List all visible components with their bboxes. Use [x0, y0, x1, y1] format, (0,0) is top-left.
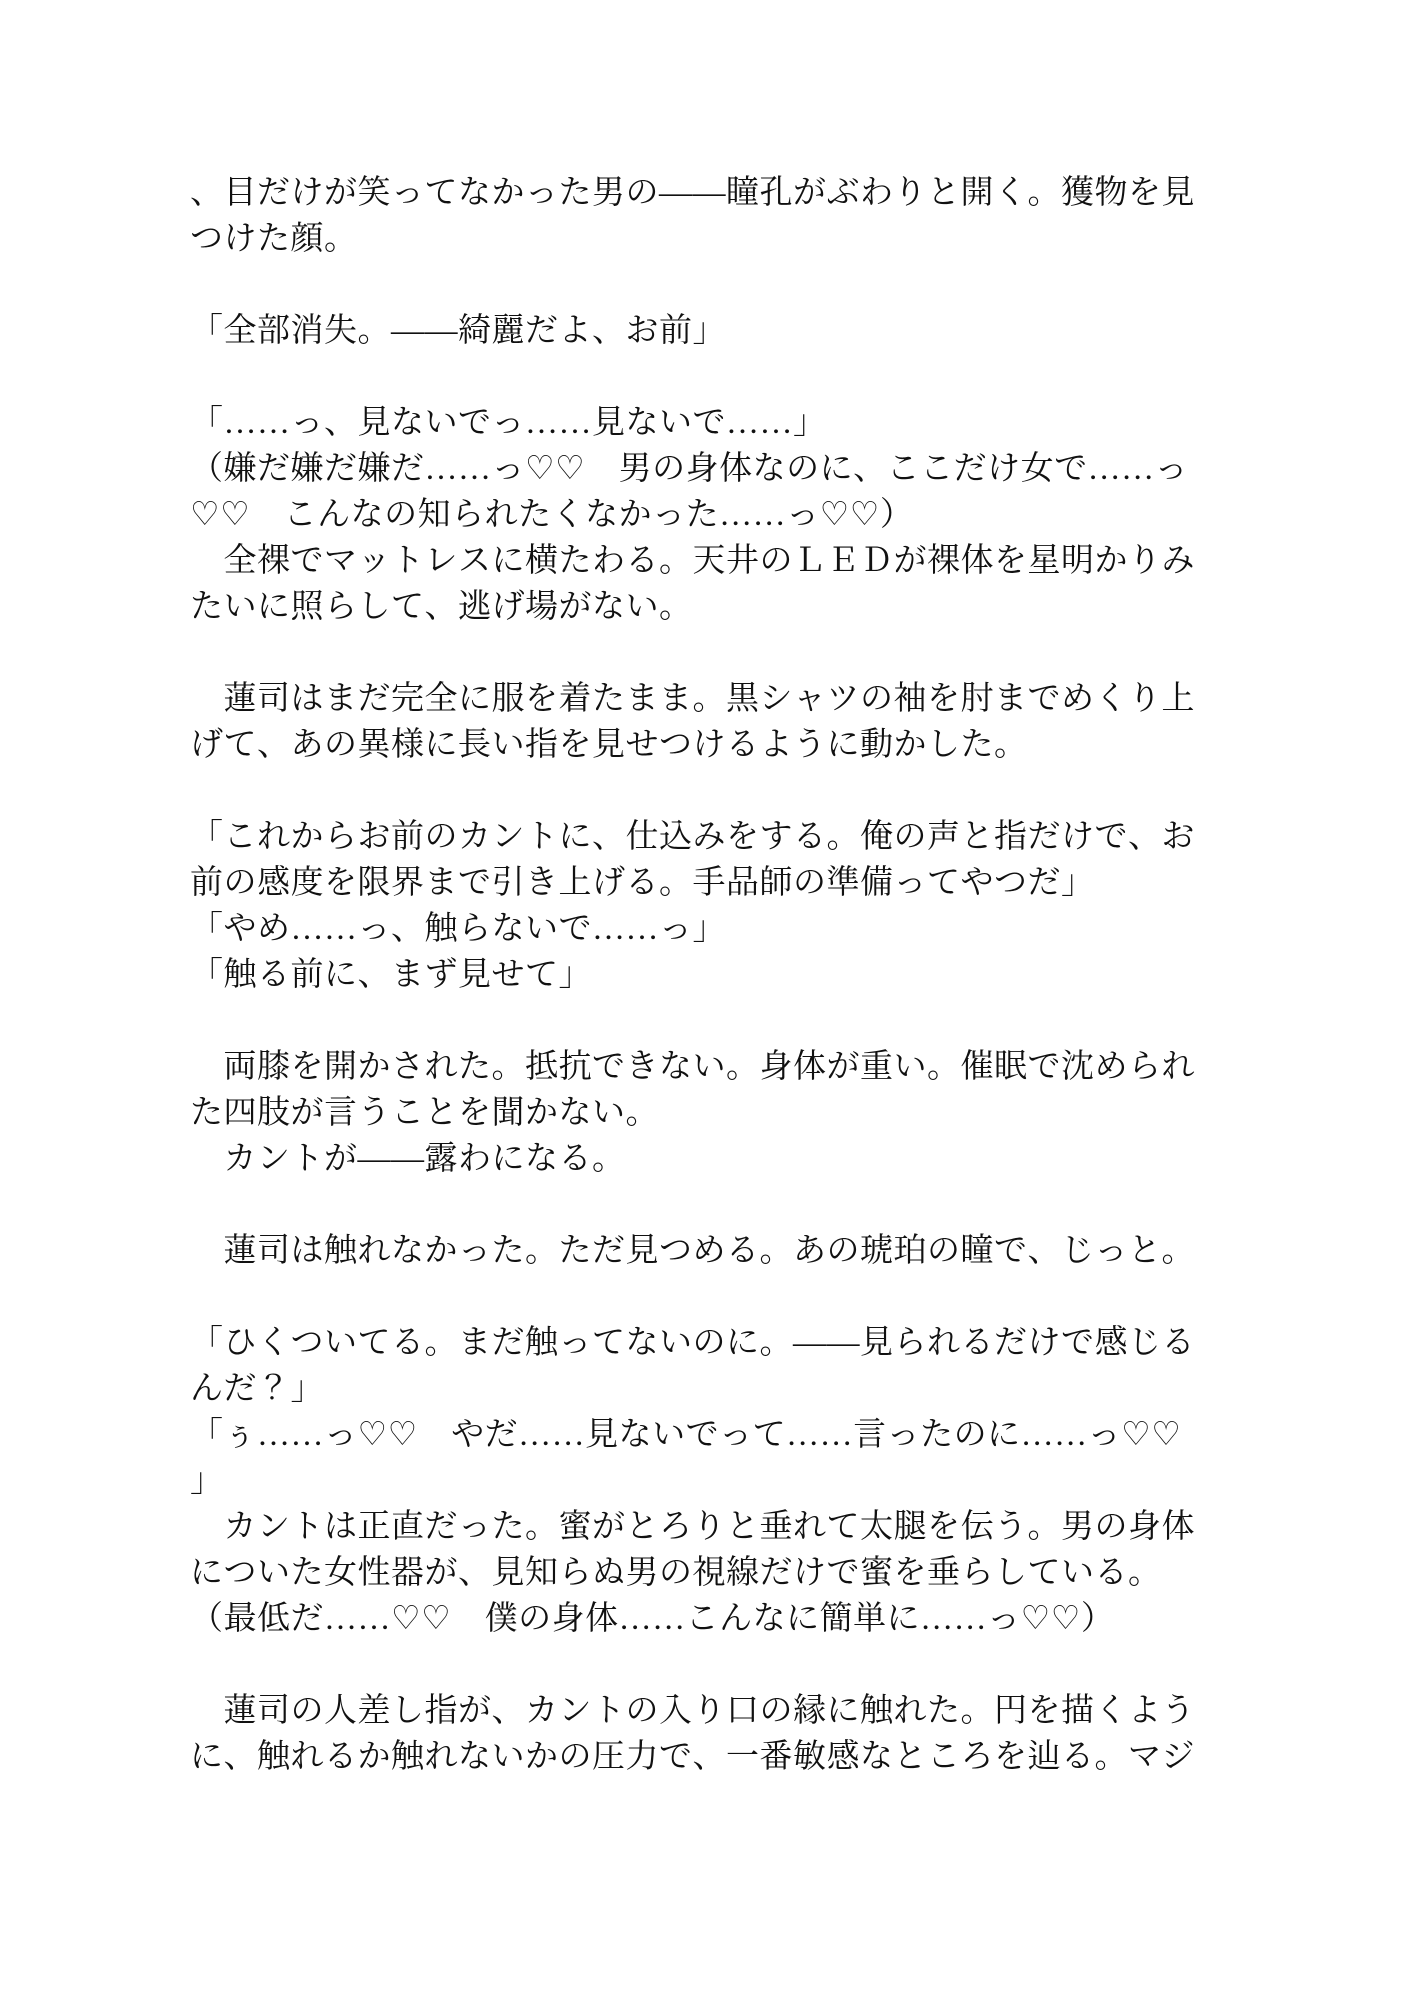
- text-line: についた女性器が、見知らぬ男の視線だけで蜜を垂らしている。: [190, 1550, 1190, 1596]
- text-line: 前の感度を限界まで引き上げる。手品師の準備ってやつだ」: [190, 860, 1190, 906]
- body-text: 、目だけが笑ってなかった男の——瞳孔がぶわりと開く。獲物を見つけた顔。「全部消失…: [190, 170, 1190, 1780]
- document-page: 、目だけが笑ってなかった男の——瞳孔がぶわりと開く。獲物を見つけた顔。「全部消失…: [0, 0, 1415, 2000]
- text-line: 「ひくついてる。まだ触ってないのに。——見られるだけで感じる: [190, 1320, 1190, 1366]
- text-line: 両膝を開かされた。抵抗できない。身体が重い。催眠で沈められ: [190, 1044, 1190, 1090]
- text-line: 全裸でマットレスに横たわる。天井のＬＥＤが裸体を星明かりみ: [190, 538, 1190, 584]
- text-line: たいに照らして、逃げ場がない。: [190, 584, 1190, 630]
- text-line: 、目だけが笑ってなかった男の——瞳孔がぶわりと開く。獲物を見: [190, 170, 1190, 216]
- text-line: 蓮司はまだ完全に服を着たまま。黒シャツの袖を肘までめくり上: [190, 676, 1190, 722]
- text-line: 「触る前に、まず見せて」: [190, 952, 1190, 998]
- text-line: 」: [190, 1458, 1190, 1504]
- text-line: 「全部消失。——綺麗だよ、お前」: [190, 308, 1190, 354]
- text-line: つけた顔。: [190, 216, 1190, 262]
- text-line: 蓮司は触れなかった。ただ見つめる。あの琥珀の瞳で、じっと。: [190, 1228, 1190, 1274]
- text-line: 「……っ、見ないでっ……見ないで……」: [190, 400, 1190, 446]
- text-line: [190, 1642, 1190, 1688]
- text-line: に、触れるか触れないかの圧力で、一番敏感なところを辿る。マジ: [190, 1734, 1190, 1780]
- text-line: （最低だ……♡♡ 僕の身体……こんなに簡単に……っ♡♡）: [190, 1596, 1190, 1642]
- text-line: [190, 262, 1190, 308]
- text-line: 「ぅ……っ♡♡ やだ……見ないでって……言ったのに……っ♡♡: [190, 1412, 1190, 1458]
- text-line: （嫌だ嫌だ嫌だ……っ♡♡ 男の身体なのに、ここだけ女で……っ: [190, 446, 1190, 492]
- text-line: た四肢が言うことを聞かない。: [190, 1090, 1190, 1136]
- text-line: んだ？」: [190, 1366, 1190, 1412]
- text-line: [190, 630, 1190, 676]
- text-line: [190, 354, 1190, 400]
- text-line: 「やめ……っ、触らないで……っ」: [190, 906, 1190, 952]
- text-line: [190, 1274, 1190, 1320]
- text-line: ♡♡ こんなの知られたくなかった……っ♡♡）: [190, 492, 1190, 538]
- text-line: げて、あの異様に長い指を見せつけるように動かした。: [190, 722, 1190, 768]
- text-line: カントは正直だった。蜜がとろりと垂れて太腿を伝う。男の身体: [190, 1504, 1190, 1550]
- text-line: カントが——露わになる。: [190, 1136, 1190, 1182]
- text-line: [190, 768, 1190, 814]
- text-line: [190, 1182, 1190, 1228]
- text-line: [190, 998, 1190, 1044]
- text-line: 「これからお前のカントに、仕込みをする。俺の声と指だけで、お: [190, 814, 1190, 860]
- text-line: 蓮司の人差し指が、カントの入り口の縁に触れた。円を描くよう: [190, 1688, 1190, 1734]
